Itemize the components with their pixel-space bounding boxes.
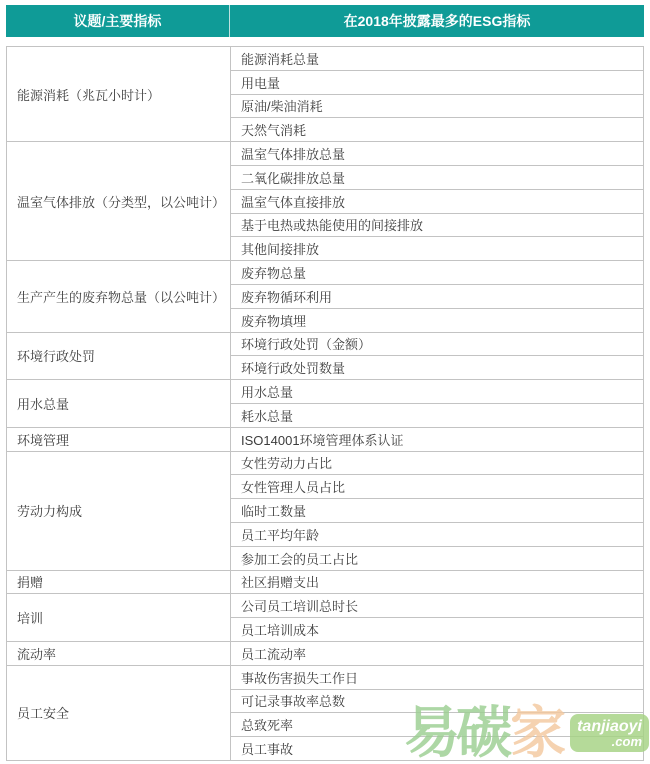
indicator-cell: ISO14001环境管理体系认证 bbox=[231, 427, 644, 451]
table-body: 能源消耗（兆瓦小时计）能源消耗总量用电量原油/柴油消耗天然气消耗温室气体排放（分… bbox=[7, 47, 644, 761]
indicator-cell: 用水总量 bbox=[231, 380, 644, 404]
indicator-cell: 女性管理人员占比 bbox=[231, 475, 644, 499]
table-header-row: 议题/主要指标 在2018年披露最多的ESG指标 bbox=[6, 5, 644, 37]
indicator-cell: 员工平均年龄 bbox=[231, 522, 644, 546]
header-indicator-column: 在2018年披露最多的ESG指标 bbox=[230, 5, 644, 37]
table-row: 环境管理ISO14001环境管理体系认证 bbox=[7, 427, 644, 451]
indicator-cell: 员工事故 bbox=[231, 737, 644, 761]
page: 议题/主要指标 在2018年披露最多的ESG指标 能源消耗（兆瓦小时计）能源消耗… bbox=[0, 0, 650, 764]
indicator-cell: 天然气消耗 bbox=[231, 118, 644, 142]
indicator-cell: 废弃物填埋 bbox=[231, 308, 644, 332]
table-row: 捐赠社区捐赠支出 bbox=[7, 570, 644, 594]
table-row: 流动率员工流动率 bbox=[7, 641, 644, 665]
indicator-cell: 基于电热或热能使用的间接排放 bbox=[231, 213, 644, 237]
indicator-cell: 临时工数量 bbox=[231, 499, 644, 523]
topic-cell: 温室气体排放（分类型，以公吨计） bbox=[7, 142, 231, 261]
table-row: 能源消耗（兆瓦小时计）能源消耗总量 bbox=[7, 47, 644, 71]
indicator-cell: 社区捐赠支出 bbox=[231, 570, 644, 594]
topic-cell: 用水总量 bbox=[7, 380, 231, 428]
table-row: 劳动力构成女性劳动力占比 bbox=[7, 451, 644, 475]
indicator-cell: 员工流动率 bbox=[231, 641, 644, 665]
topic-cell: 流动率 bbox=[7, 641, 231, 665]
topic-cell: 劳动力构成 bbox=[7, 451, 231, 570]
topic-cell: 能源消耗（兆瓦小时计） bbox=[7, 47, 231, 142]
indicator-cell: 公司员工培训总时长 bbox=[231, 594, 644, 618]
table-row: 环境行政处罚环境行政处罚（金额） bbox=[7, 332, 644, 356]
indicator-cell: 废弃物循环利用 bbox=[231, 284, 644, 308]
topic-cell: 生产产生的废弃物总量（以公吨计） bbox=[7, 261, 231, 332]
indicator-cell: 原油/柴油消耗 bbox=[231, 94, 644, 118]
header-body-gap bbox=[6, 37, 644, 46]
topic-cell: 环境行政处罚 bbox=[7, 332, 231, 380]
indicator-cell: 可记录事故率总数 bbox=[231, 689, 644, 713]
indicator-cell: 参加工会的员工占比 bbox=[231, 546, 644, 570]
indicator-cell: 总致死率 bbox=[231, 713, 644, 737]
indicator-cell: 耗水总量 bbox=[231, 403, 644, 427]
indicator-cell: 事故伤害损失工作日 bbox=[231, 665, 644, 689]
indicator-cell: 用电量 bbox=[231, 70, 644, 94]
table-row: 生产产生的废弃物总量（以公吨计）废弃物总量 bbox=[7, 261, 644, 285]
table-row: 温室气体排放（分类型，以公吨计）温室气体排放总量 bbox=[7, 142, 644, 166]
indicator-cell: 员工培训成本 bbox=[231, 618, 644, 642]
indicator-cell: 温室气体排放总量 bbox=[231, 142, 644, 166]
table-row: 员工安全事故伤害损失工作日 bbox=[7, 665, 644, 689]
esg-table: 议题/主要指标 在2018年披露最多的ESG指标 能源消耗（兆瓦小时计）能源消耗… bbox=[6, 5, 644, 761]
indicator-cell: 二氧化碳排放总量 bbox=[231, 165, 644, 189]
table-body-grid: 能源消耗（兆瓦小时计）能源消耗总量用电量原油/柴油消耗天然气消耗温室气体排放（分… bbox=[6, 46, 644, 761]
indicator-cell: 环境行政处罚数量 bbox=[231, 356, 644, 380]
indicator-cell: 其他间接排放 bbox=[231, 237, 644, 261]
indicator-cell: 环境行政处罚（金额） bbox=[231, 332, 644, 356]
header-topic-column: 议题/主要指标 bbox=[6, 5, 230, 37]
topic-cell: 员工安全 bbox=[7, 665, 231, 760]
topic-cell: 环境管理 bbox=[7, 427, 231, 451]
table-row: 用水总量用水总量 bbox=[7, 380, 644, 404]
indicator-cell: 温室气体直接排放 bbox=[231, 189, 644, 213]
indicator-cell: 能源消耗总量 bbox=[231, 47, 644, 71]
indicator-cell: 女性劳动力占比 bbox=[231, 451, 644, 475]
indicator-cell: 废弃物总量 bbox=[231, 261, 644, 285]
topic-cell: 捐赠 bbox=[7, 570, 231, 594]
topic-cell: 培训 bbox=[7, 594, 231, 642]
table-row: 培训公司员工培训总时长 bbox=[7, 594, 644, 618]
